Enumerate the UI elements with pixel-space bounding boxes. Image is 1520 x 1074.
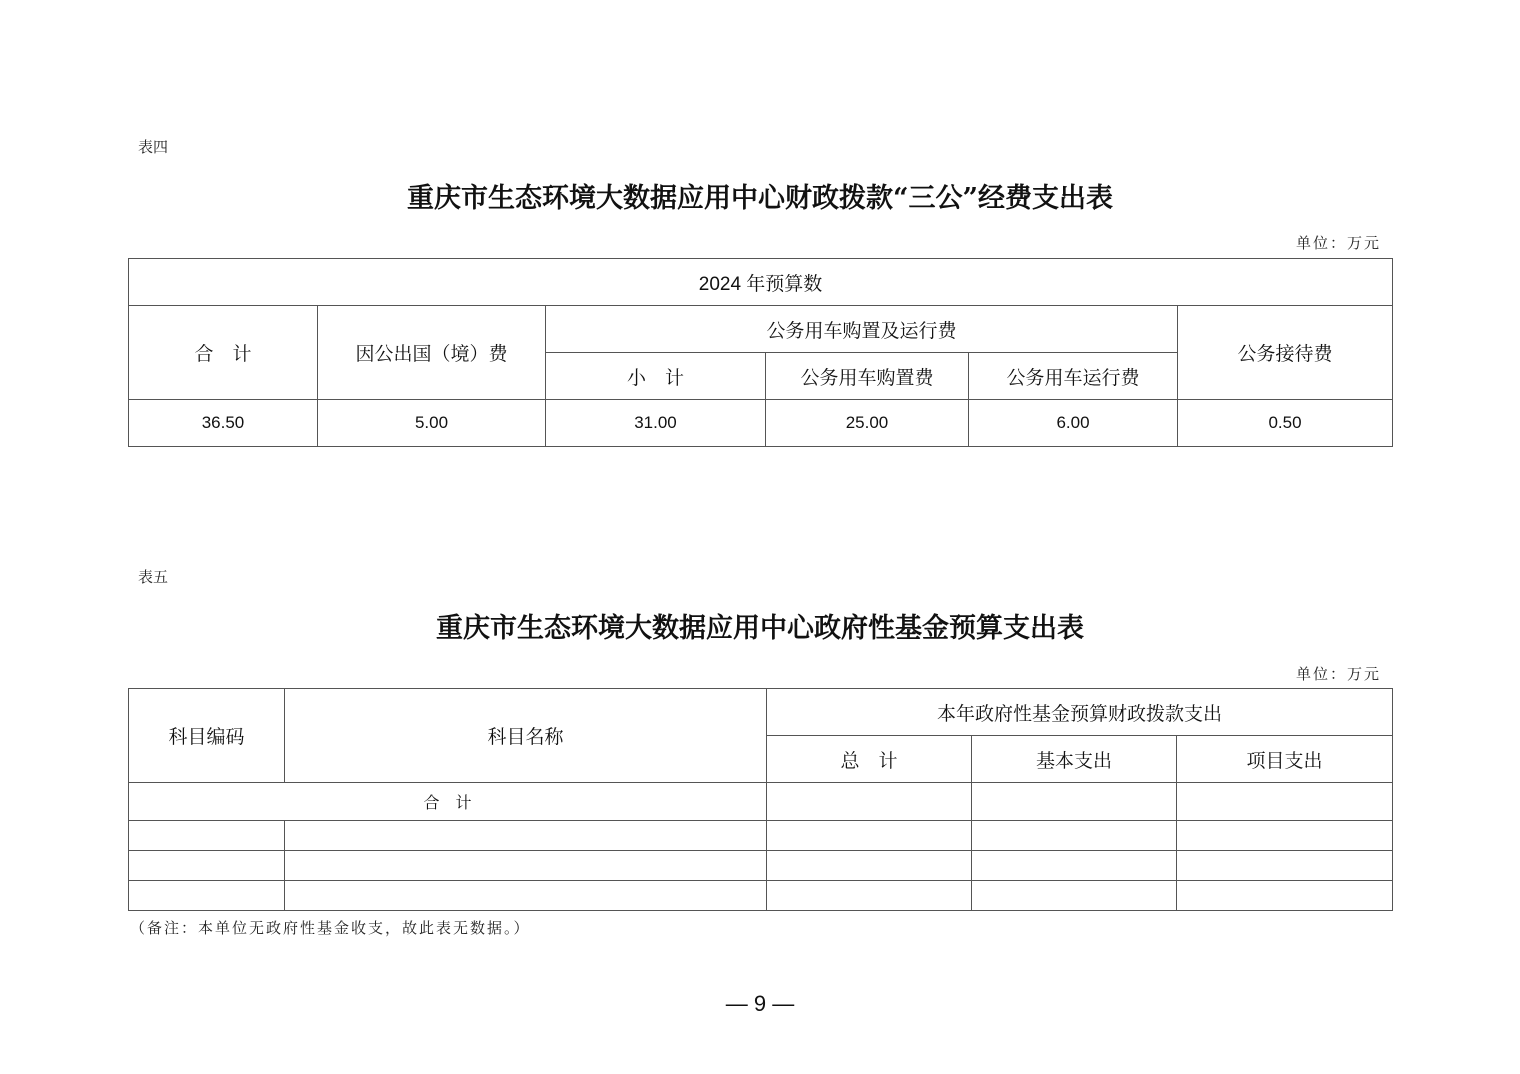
table5-unit: 单位：万元: [1296, 663, 1381, 684]
cell-code: [129, 851, 285, 881]
cell-basic: [972, 881, 1177, 911]
value-reception: 0.50: [1178, 400, 1393, 447]
value-total: 36.50: [129, 400, 318, 447]
cell-project: [1177, 851, 1393, 881]
header-vehicle-operation: 公务用车运行费: [969, 353, 1178, 400]
total-row-basic: [972, 783, 1177, 821]
header-total: 总 计: [767, 736, 972, 783]
cell-name: [285, 821, 767, 851]
cell-total: [767, 821, 972, 851]
header-name: 科目名称: [285, 689, 767, 783]
table5-label: 表五: [138, 566, 168, 587]
government-fund-budget-table: 科目编码 科目名称 本年政府性基金预算财政拨款支出 总 计 基本支出 项目支出 …: [128, 688, 1393, 911]
cell-basic: [972, 851, 1177, 881]
header-code: 科目编码: [129, 689, 285, 783]
total-row-total: [767, 783, 972, 821]
cell-total: [767, 881, 972, 911]
header-vehicle-subtotal: 小 计: [546, 353, 766, 400]
header-vehicle-group: 公务用车购置及运行费: [546, 306, 1178, 353]
cell-project: [1177, 881, 1393, 911]
value-vehicle-purchase: 25.00: [766, 400, 969, 447]
table5-note: （备注：本单位无政府性基金收支，故此表无数据。）: [130, 917, 531, 938]
value-vehicle-subtotal: 31.00: [546, 400, 766, 447]
header-reception: 公务接待费: [1178, 306, 1393, 400]
cell-basic: [972, 821, 1177, 851]
header-project: 项目支出: [1177, 736, 1393, 783]
table-row: 36.50 5.00 31.00 25.00 6.00 0.50: [129, 400, 1393, 447]
page-number: — 9 —: [0, 991, 1520, 1017]
header-group: 本年政府性基金预算财政拨款支出: [767, 689, 1393, 736]
value-vehicle-operation: 6.00: [969, 400, 1178, 447]
header-budget-year: 2024 年预算数: [129, 259, 1393, 306]
cell-project: [1177, 821, 1393, 851]
cell-total: [767, 851, 972, 881]
header-vehicle-purchase: 公务用车购置费: [766, 353, 969, 400]
header-abroad: 因公出国（境）费: [318, 306, 546, 400]
value-abroad: 5.00: [318, 400, 546, 447]
table-row: [129, 821, 1393, 851]
table-row: [129, 881, 1393, 911]
table-row: [129, 851, 1393, 881]
cell-code: [129, 881, 285, 911]
three-public-expenses-table: 2024 年预算数 合 计 因公出国（境）费 公务用车购置及运行费 公务接待费 …: [128, 258, 1393, 447]
cell-name: [285, 851, 767, 881]
total-row: 合 计: [129, 783, 1393, 821]
cell-name: [285, 881, 767, 911]
total-row-project: [1177, 783, 1393, 821]
header-basic: 基本支出: [972, 736, 1177, 783]
table5-title: 重庆市生态环境大数据应用中心政府性基金预算支出表: [0, 606, 1520, 645]
table4-label: 表四: [138, 136, 168, 157]
cell-code: [129, 821, 285, 851]
total-row-label: 合 计: [129, 783, 767, 821]
header-total: 合 计: [129, 306, 318, 400]
table4-unit: 单位：万元: [1296, 232, 1381, 253]
table4-title: 重庆市生态环境大数据应用中心财政拨款“三公”经费支出表: [0, 176, 1520, 215]
